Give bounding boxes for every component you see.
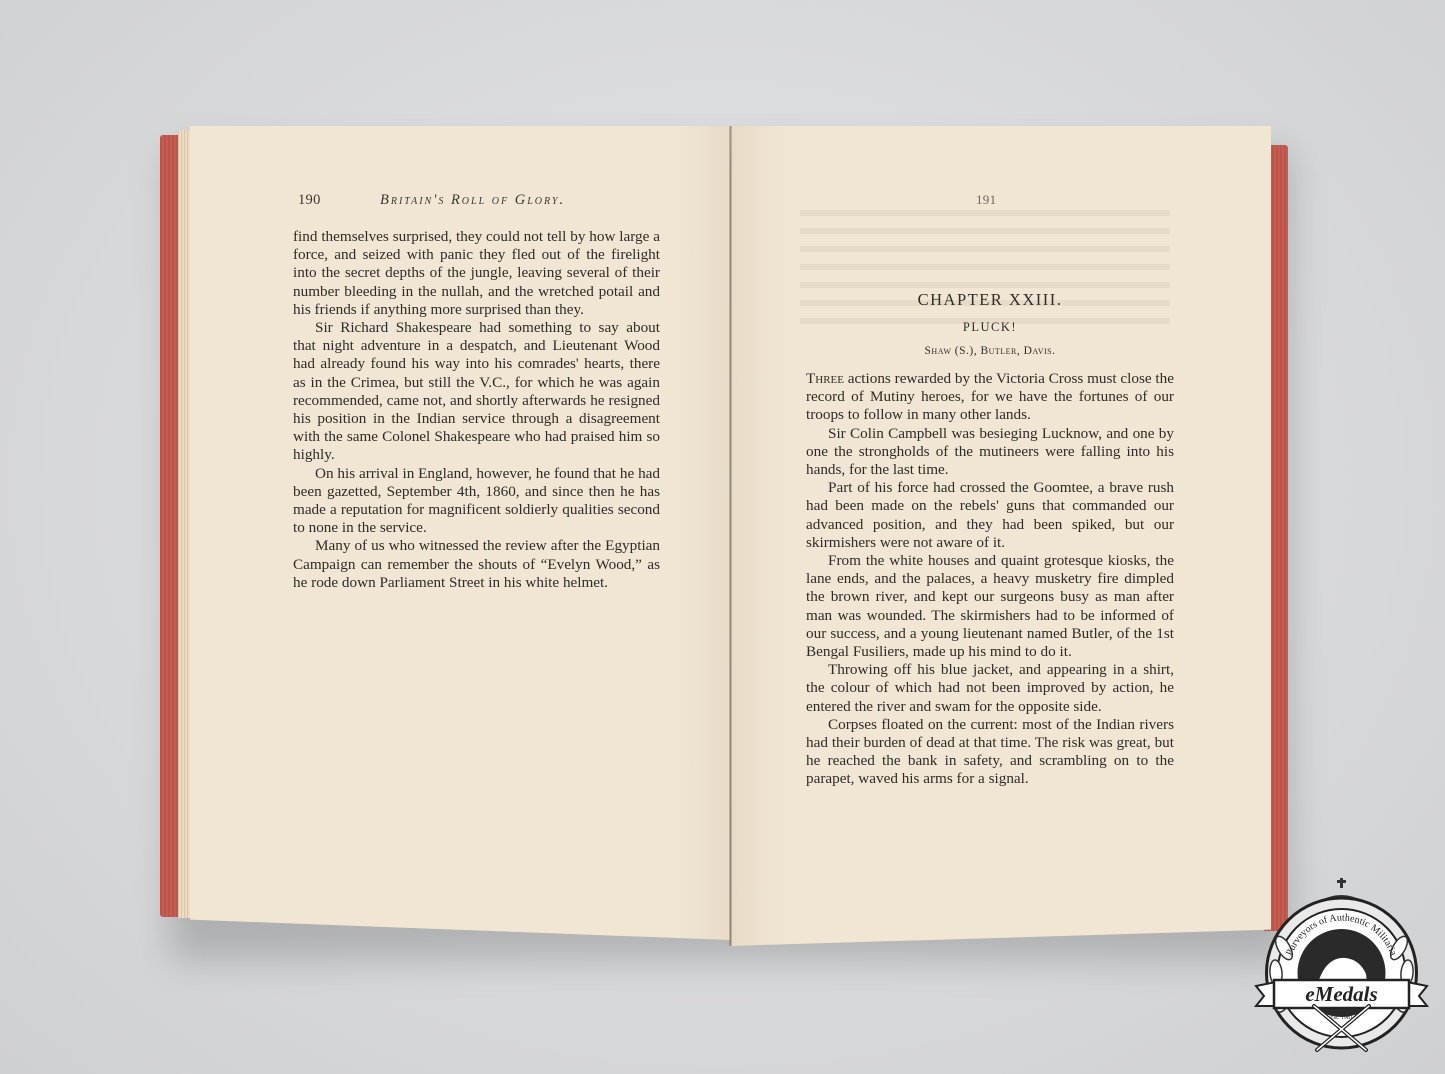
paragraph: On his arrival in England, however, he f…: [293, 465, 660, 538]
chapter-title: PLUCK!: [805, 320, 1175, 335]
paragraph: Throwing off his blue jacket, and appear…: [806, 661, 1174, 716]
opening-word: Three: [806, 370, 844, 387]
paragraph: Corpses floated on the current: most of …: [806, 716, 1174, 789]
paragraph: actions rewarded by the Victoria Cross m…: [806, 370, 1174, 423]
paragraph: From the white houses and quaint grotesq…: [806, 552, 1174, 661]
page-number-right: 191: [976, 192, 996, 208]
bleed-through-text: [800, 210, 1170, 330]
paragraph: Many of us who witnessed the review afte…: [293, 537, 660, 592]
paragraph: Part of his force had crossed the Goomte…: [806, 479, 1174, 552]
logo-brand: eMedals: [1305, 982, 1377, 1006]
paragraph-opening: Three actions rewarded by the Victoria C…: [806, 370, 1174, 425]
book-gutter: [729, 126, 732, 946]
chapter-heading: CHAPTER XXIII.: [805, 290, 1175, 310]
left-page-text: find themselves surprised, they could no…: [293, 228, 660, 592]
chapter-subjects: Shaw (S.), Butler, Davis.: [805, 345, 1175, 357]
right-page-text: Three actions rewarded by the Victoria C…: [806, 370, 1174, 789]
page-number-left: 190: [298, 192, 321, 209]
emedals-crest-icon: Purveyors of Authentic Militaria eMedals…: [1254, 878, 1429, 1056]
paragraph: Sir Richard Shakespeare had something to…: [293, 319, 660, 465]
paragraph: Sir Colin Campbell was besieging Lucknow…: [806, 425, 1174, 480]
emedals-logo: Purveyors of Authentic Militaria eMedals…: [1254, 878, 1429, 1056]
paragraph: find themselves surprised, they could no…: [293, 228, 660, 319]
running-title: Britain's Roll of Glory.: [380, 192, 565, 209]
